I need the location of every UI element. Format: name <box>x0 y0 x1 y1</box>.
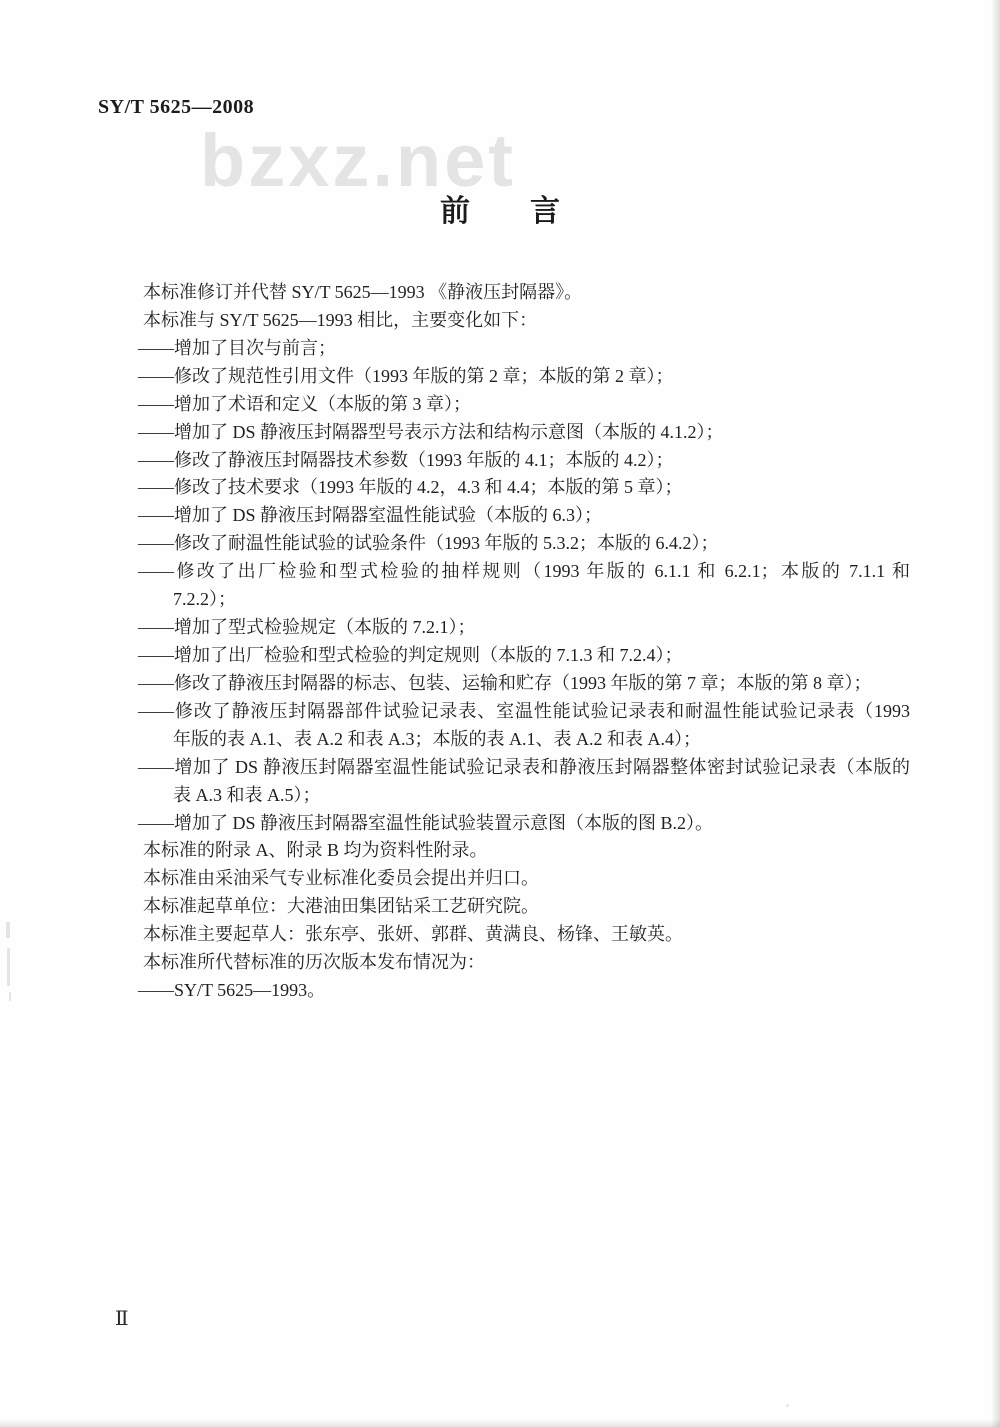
document-page: SY/T 5625—2008 bzxz.net 前 言 本标准修订并代替 SY/… <box>0 0 1000 1427</box>
standard-number: SY/T 5625—2008 <box>98 96 254 119</box>
body-line: ——SY/T 5625—1993。 <box>138 977 910 1005</box>
body-line: ——增加了型式检验规定（本版的 7.2.1）； <box>138 614 910 642</box>
body-line: 本标准修订并代替 SY/T 5625—1993 《静液压封隔器》。 <box>138 279 910 307</box>
body-line: 年版的表 A.1、表 A.2 和表 A.3；本版的表 A.1、表 A.2 和表 … <box>138 726 910 754</box>
body-line: 本标准主要起草人：张东亭、张妍、郭群、黄满良、杨锋、王敏英。 <box>138 921 910 949</box>
body-line: ——修改了静液压封隔器部件试验记录表、室温性能试验记录表和耐温性能试验记录表（1… <box>138 698 910 726</box>
body-line: 7.2.2）； <box>138 586 910 614</box>
scan-artifact <box>9 992 11 1001</box>
body-line: ——修改了静液压封隔器技术参数（1993 年版的 4.1；本版的 4.2）； <box>138 447 910 475</box>
body-line: ——增加了 DS 静液压封隔器室温性能试验记录表和静液压封隔器整体密封试验记录表… <box>138 754 910 782</box>
body-line: 本标准与 SY/T 5625—1993 相比，主要变化如下： <box>138 307 910 335</box>
body-line: ——增加了 DS 静液压封隔器室温性能试验装置示意图（本版的图 B.2）。 <box>138 810 910 838</box>
body-line: ——增加了 DS 静液压封隔器室温性能试验（本版的 6.3）； <box>138 502 910 530</box>
body-line: ——修改了静液压封隔器的标志、包装、运输和贮存（1993 年版的第 7 章；本版… <box>138 670 910 698</box>
body-line: 本标准起草单位：大港油田集团钻采工艺研究院。 <box>138 893 910 921</box>
body-line: ——修改了规范性引用文件（1993 年版的第 2 章；本版的第 2 章）； <box>138 363 910 391</box>
watermark: bzxz.net <box>200 124 516 198</box>
scan-artifact <box>6 922 10 938</box>
body-line: ——增加了 DS 静液压封隔器型号表示方法和结构示意图（本版的 4.1.2）； <box>138 419 910 447</box>
body-line: ——修改了出厂检验和型式检验的抽样规则（1993 年版的 6.1.1 和 6.2… <box>138 558 910 586</box>
body-line: ——增加了出厂检验和型式检验的判定规则（本版的 7.1.3 和 7.2.4）； <box>138 642 910 670</box>
body-line: ——修改了耐温性能试验的试验条件（1993 年版的 5.3.2；本版的 6.4.… <box>138 530 910 558</box>
scan-edge-shadow-bottom <box>0 1419 1000 1427</box>
body-line: 本标准的附录 A、附录 B 均为资料性附录。 <box>138 837 910 865</box>
body-line: 本标准由采油采气专业标准化委员会提出并归口。 <box>138 865 910 893</box>
page-number: Ⅱ <box>115 1306 129 1331</box>
scan-artifact <box>786 1404 789 1407</box>
body-line: 本标准所代替标准的历次版本发布情况为： <box>138 949 910 977</box>
foreword-body: 本标准修订并代替 SY/T 5625—1993 《静液压封隔器》。本标准与 SY… <box>138 279 910 1005</box>
body-line: 表 A.3 和表 A.5）； <box>138 782 910 810</box>
scan-artifact <box>7 948 10 986</box>
scan-edge-shadow-right <box>991 0 1000 1427</box>
body-line: ——增加了目次与前言； <box>138 335 910 363</box>
body-line: ——增加了术语和定义（本版的第 3 章）； <box>138 391 910 419</box>
body-line: ——修改了技术要求（1993 年版的 4.2，4.3 和 4.4；本版的第 5 … <box>138 474 910 502</box>
page-title: 前 言 <box>0 196 1000 228</box>
